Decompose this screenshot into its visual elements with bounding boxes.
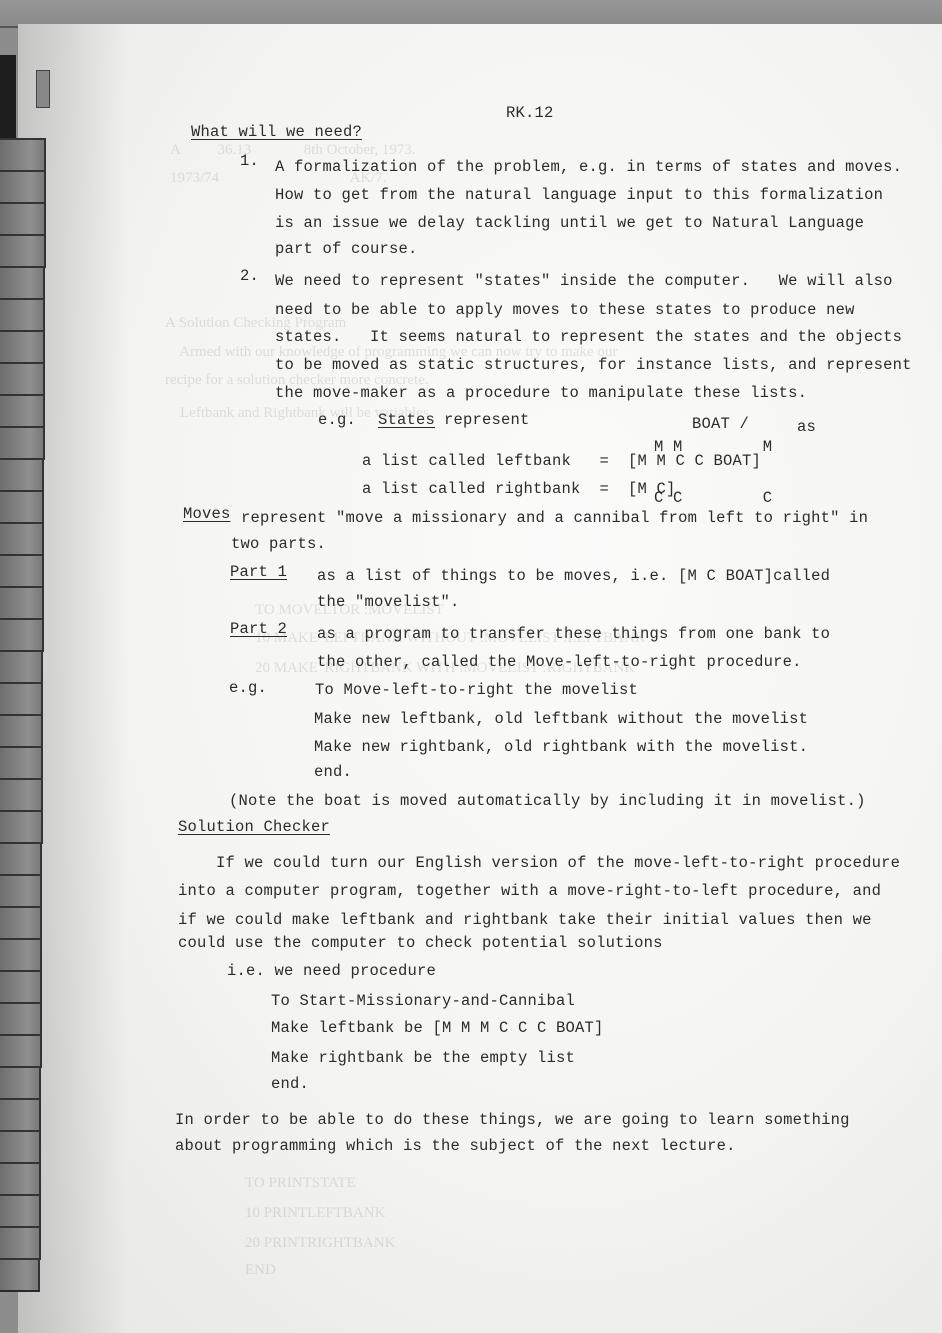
page-reference: RK.12: [506, 104, 554, 122]
binding-tab: [0, 650, 43, 684]
binding-tab: [0, 426, 45, 460]
start-procedure-line: Make leftbank be [M M M C C C BOAT]: [271, 1019, 604, 1037]
section-heading-what-will-we-need: What will we need?: [191, 123, 362, 141]
bleed-line: 10 PRINTLEFTBANK: [245, 1205, 385, 1222]
binding-tab: [0, 234, 46, 268]
binding-tab: [0, 1098, 41, 1132]
binding-tab: [0, 522, 44, 556]
binding-tab: [0, 618, 44, 652]
binding-tab: [0, 938, 42, 972]
procedure-line: end.: [314, 763, 352, 781]
item-1-line: part of course.: [275, 240, 418, 258]
binding-tab: [0, 1066, 41, 1100]
item-2-line: need to be able to apply moves to these …: [275, 301, 855, 319]
binding-tab: [0, 682, 43, 716]
binding-tab: [0, 906, 42, 940]
item-1-line: is an issue we delay tackling until we g…: [275, 214, 864, 232]
solution-checker-line: If we could turn our English version of …: [178, 854, 900, 872]
bleed-line: 20 PRINTRIGHTBANK: [245, 1235, 395, 1252]
binding-tab: [0, 202, 46, 236]
bleed-line: TO PRINTSTATE: [245, 1175, 356, 1192]
part-1-line: as a list of things to be moves, i.e. [M…: [317, 567, 830, 585]
item-2-line: states. It seems natural to represent th…: [275, 328, 902, 346]
leftbank-definition: a list called leftbank = [M M C C BOAT]: [362, 452, 761, 470]
fraction-bottom: C: [758, 490, 777, 507]
procedure-line: To Move-left-to-right the movelist: [315, 681, 638, 699]
binding-tab: [0, 810, 43, 844]
item-1-number: 1.: [240, 152, 259, 170]
closing-line: about programming which is the subject o…: [175, 1137, 736, 1155]
solution-checker-line: could use the computer to check potentia…: [178, 934, 663, 952]
boat-slash: BOAT /: [692, 415, 749, 433]
binding-tab: [0, 1002, 42, 1036]
part-2-line: as a program to transfer these things fr…: [317, 625, 830, 643]
binding-tab: [0, 1130, 41, 1164]
moves-label: Moves: [183, 505, 231, 523]
start-procedure-line: Make rightbank be the empty list: [271, 1049, 575, 1067]
solution-checker-line: into a computer program, together with a…: [178, 882, 881, 900]
states-represent: represent: [444, 411, 530, 429]
start-procedure-line: To Start-Missionary-and-Cannibal: [271, 992, 575, 1010]
item-2-line: the move-maker as a procedure to manipul…: [275, 384, 807, 402]
note-boat: (Note the boat is moved automatically by…: [229, 792, 866, 810]
binding-tab: [0, 1258, 40, 1292]
item-2-number: 2.: [240, 267, 259, 285]
binding-tab: [0, 490, 44, 524]
solution-checker-line: if we could make leftbank and rightbank …: [178, 911, 872, 929]
binding-tab: [0, 394, 45, 428]
solution-checker-ie: i.e. we need procedure: [227, 962, 436, 980]
binding-tab: [0, 1194, 41, 1228]
section-heading-solution-checker: Solution Checker: [178, 818, 330, 836]
binding-tab: [0, 1226, 41, 1260]
item-2-line: We need to represent "states" inside the…: [275, 272, 893, 290]
item-1-line: A formalization of the problem, e.g. in …: [275, 158, 902, 176]
binding-tab: [0, 714, 43, 748]
states-as: as: [797, 418, 816, 436]
procedure-line: Make new rightbank, old rightbank with t…: [314, 738, 808, 756]
moves-line: two parts.: [231, 535, 326, 553]
part-2-label: Part 2: [230, 620, 287, 638]
binding-tab: [0, 970, 42, 1004]
binding-tab: [0, 842, 42, 876]
binding-tab: [0, 1034, 42, 1068]
rightbank-definition: a list called rightbank = [M C]: [362, 480, 676, 498]
comb-binding: [0, 0, 50, 1333]
states-example-eg: e.g.: [318, 411, 356, 429]
binding-hole: [36, 70, 50, 108]
binding-tab: [0, 170, 46, 204]
binding-tab: [0, 778, 43, 812]
procedure-line: Make new leftbank, old leftbank without …: [314, 710, 808, 728]
binding-tab: [0, 746, 43, 780]
binding-tab: [0, 458, 44, 492]
part-2-line: the other, called the Move-left-to-right…: [317, 653, 802, 671]
binding-tab: [0, 266, 45, 300]
part-1-line: the "movelist".: [317, 593, 460, 611]
item-1-line: How to get from the natural language inp…: [275, 186, 883, 204]
start-procedure-line: end.: [271, 1075, 309, 1093]
states-label: States: [378, 411, 435, 429]
binding-tab: [0, 138, 46, 172]
binding-tab: [0, 362, 45, 396]
procedure-example-eg: e.g.: [229, 679, 267, 697]
item-2-line: to be moved as static structures, for in…: [275, 356, 912, 374]
binding-tab: [0, 298, 45, 332]
binding-tab: [0, 554, 44, 588]
binding-tab: [0, 586, 44, 620]
closing-line: In order to be able to do these things, …: [175, 1111, 850, 1129]
binding-tab: [0, 874, 42, 908]
binding-tab: [0, 1162, 41, 1196]
moves-line: represent "move a missionary and a canni…: [241, 509, 868, 527]
part-1-label: Part 1: [230, 563, 287, 581]
binding-tab: [0, 330, 45, 364]
bleed-line: A 36.13 8th October, 1973.: [170, 142, 416, 159]
bleed-line: END: [245, 1262, 276, 1279]
